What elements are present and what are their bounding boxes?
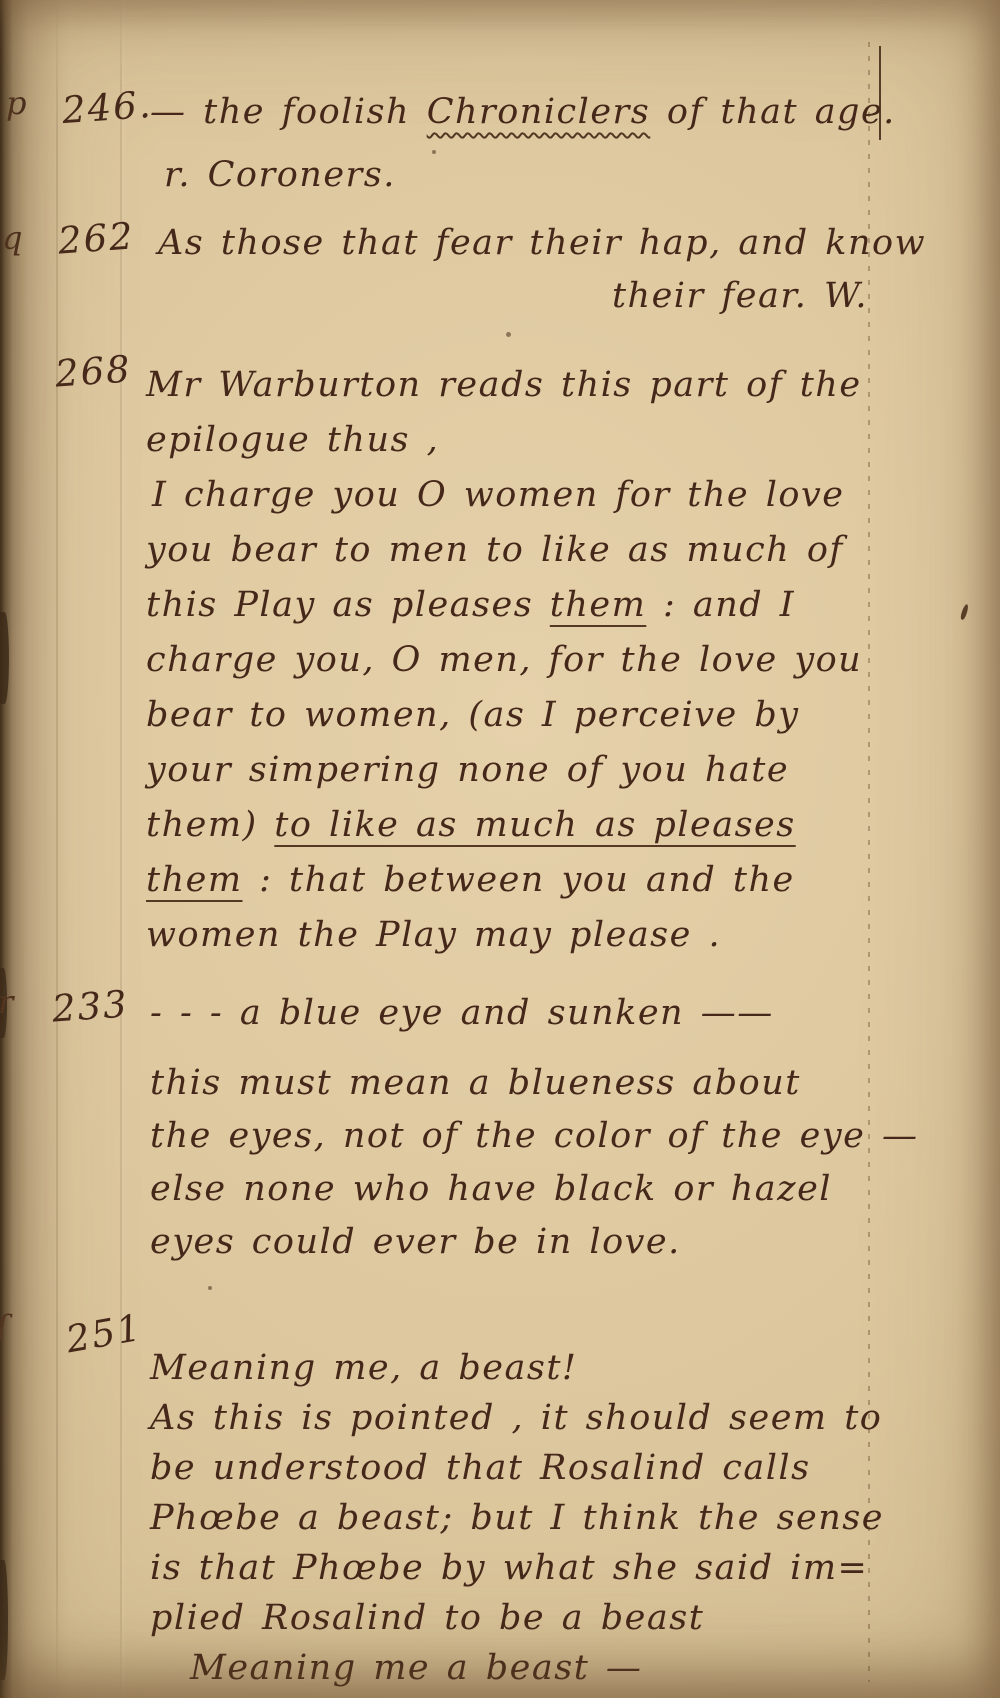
- annotation-body: Mr Warburton reads this part of the epil…: [146, 338, 1000, 963]
- line-number: 268: [54, 347, 133, 395]
- annotation-line: r. Coroners.: [164, 149, 1000, 202]
- margin-letter: ſ: [0, 1308, 8, 1346]
- annotation-body: — the foolish Chroniclers of that age. r…: [150, 78, 1000, 202]
- annotation-line: Meaning me, a beast!: [150, 1343, 1000, 1393]
- underlined-text: them: [550, 585, 647, 625]
- text-run: them): [146, 805, 274, 845]
- line-number: 262: [57, 214, 136, 262]
- annotation-262: q 262 As those that fear their hap, and …: [0, 205, 1000, 323]
- annotation-line: charge you, O men, for the love you: [146, 633, 1000, 688]
- annotation-251: ſ 251 Meaning me, a beast! As this is po…: [0, 1308, 1000, 1693]
- annotation-line: else none who have black or hazel: [150, 1163, 1000, 1216]
- text-run: — the foolish: [150, 92, 427, 132]
- line-number: 251: [63, 1306, 146, 1362]
- annotation-line: is that Phœbe by what she said im=: [150, 1543, 1000, 1593]
- text-run: this Play as pleases: [146, 585, 550, 625]
- text-run: : that between you and the: [243, 860, 795, 900]
- annotation-body: - - - a blue eye and sunken —— this must…: [150, 975, 1000, 1269]
- annotation-line: your simpering none of you hate: [146, 743, 1000, 798]
- annotation-line: As those that fear their hap, and know: [158, 217, 874, 270]
- annotation-line: this must mean a blueness about: [150, 1057, 1000, 1110]
- margin-letter: q: [2, 219, 22, 257]
- annotation-line: them : that between you and the: [146, 853, 1000, 908]
- annotation-268: 268 Mr Warburton reads this part of the …: [0, 338, 1000, 963]
- underlined-text: them: [146, 860, 243, 900]
- ink-speck: [208, 1286, 212, 1290]
- annotation-line: - - - a blue eye and sunken ——: [150, 987, 1000, 1040]
- annotation-line: be understood that Rosalind calls: [150, 1443, 1000, 1493]
- margin-letter: r: [0, 983, 13, 1021]
- text-run: : and I: [646, 585, 795, 625]
- annotation-line: Mr Warburton reads this part of the: [146, 358, 1000, 413]
- annotation-line: bear to women, (as I perceive by: [146, 688, 1000, 743]
- annotation-line: — the foolish Chroniclers of that age.: [150, 86, 1000, 139]
- annotation-line: epilogue thus ,: [146, 413, 1000, 468]
- annotation-line: Phœbe a beast; but I think the sense: [150, 1493, 1000, 1543]
- text-run: of that age.: [650, 92, 896, 132]
- annotation-line: their fear. W.: [158, 270, 874, 323]
- annotation-233: r 233 - - - a blue eye and sunken —— thi…: [0, 975, 1000, 1269]
- annotation-line: I charge you O women for the love: [152, 468, 1000, 523]
- annotation-line: Meaning me a beast —: [190, 1643, 1000, 1693]
- manuscript-page: p 246. — the foolish Chroniclers of that…: [0, 0, 1000, 1698]
- margin-letter: p: [6, 84, 26, 122]
- annotation-body: As those that fear their hap, and know t…: [158, 205, 874, 323]
- underlined-text: Chroniclers: [427, 92, 651, 132]
- annotation-line: women the Play may please .: [146, 908, 1000, 963]
- line-number: 233: [51, 982, 130, 1030]
- annotation-line: them) to like as much as pleases: [146, 798, 1000, 853]
- annotation-line: this Play as pleases them : and I: [146, 578, 1000, 633]
- annotation-body: Meaning me, a beast! As this is pointed …: [150, 1308, 1000, 1693]
- annotation-line: plied Rosalind to be a beast: [150, 1593, 1000, 1643]
- line-number: 246.: [61, 83, 154, 132]
- ink-speck: [506, 332, 511, 337]
- annotation-246: p 246. — the foolish Chroniclers of that…: [0, 78, 1000, 202]
- annotation-line: you bear to men to like as much of: [146, 523, 1000, 578]
- annotation-line: As this is pointed , it should seem to: [150, 1393, 1000, 1443]
- annotation-line: eyes could ever be in love.: [150, 1216, 1000, 1269]
- underlined-text: to like as much as pleases: [274, 805, 795, 845]
- annotation-line: the eyes, not of the color of the eye —: [150, 1110, 1000, 1163]
